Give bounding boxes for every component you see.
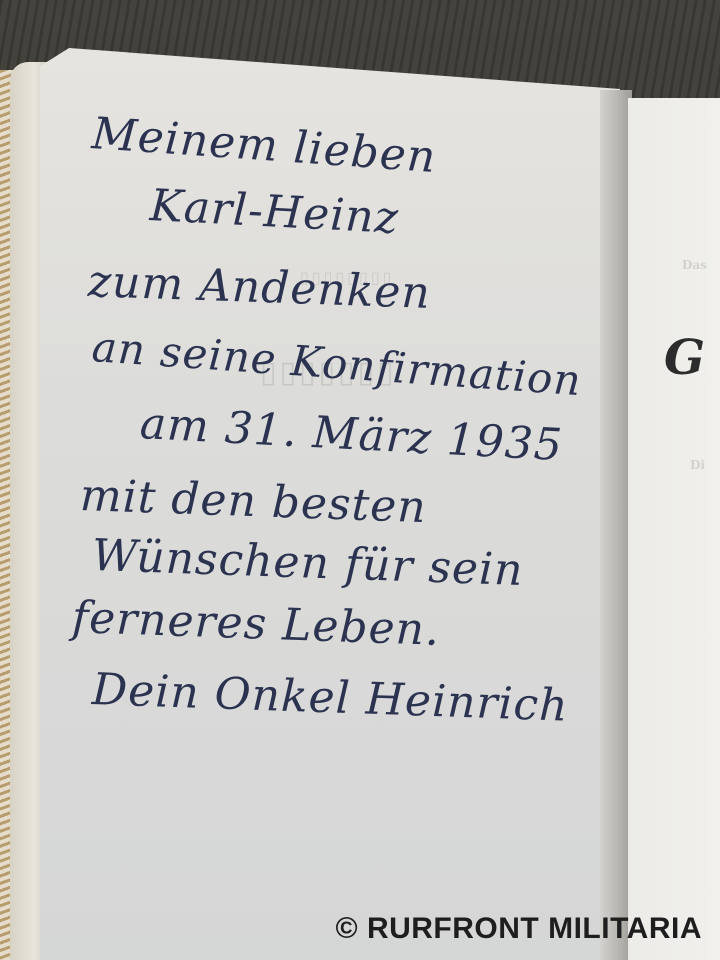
right-page-faint-text: Di	[690, 458, 705, 472]
right-page-initial: G	[664, 330, 705, 386]
copyright-watermark: © RURFRONT MILITARIA	[336, 912, 703, 946]
right-page	[628, 98, 720, 960]
right-page-faint-text: Das	[682, 258, 707, 272]
